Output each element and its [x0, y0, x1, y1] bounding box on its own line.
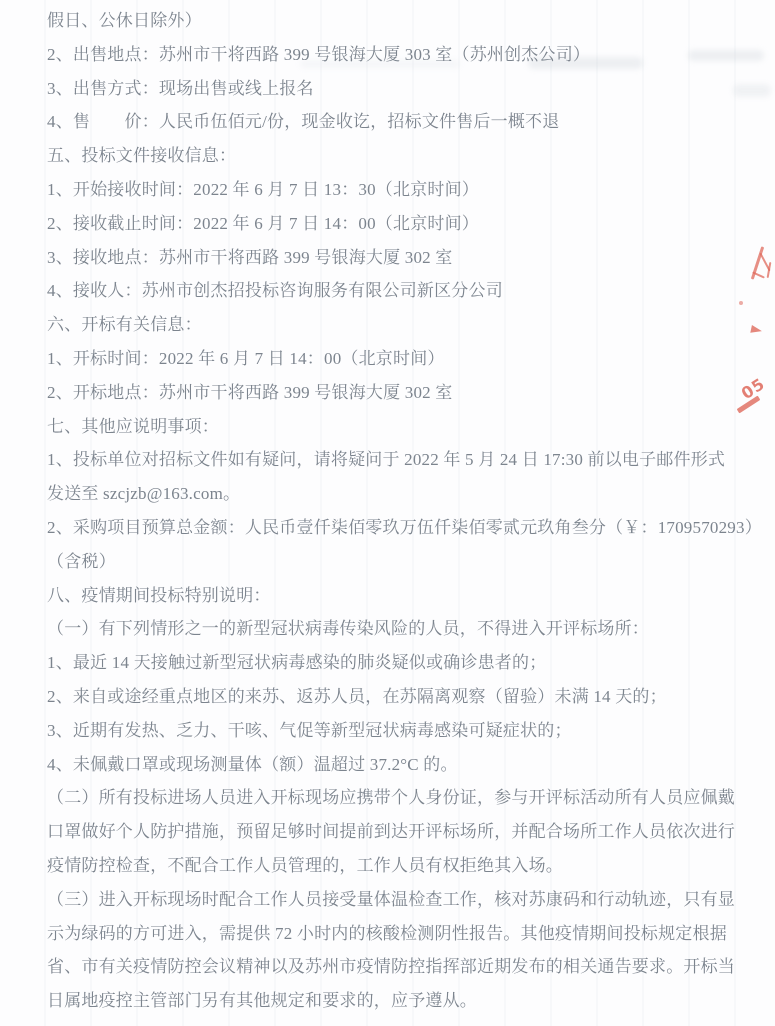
- document-line: 口罩做好个人防护措施，预留足够时间提前到达开评标场所，并配合场所工作人员依次进行: [47, 815, 747, 849]
- document-line: 发送至 szcjzb@163.com。: [47, 477, 747, 511]
- document-line: 1、最近 14 天接触过新型冠状病毒感染的肺炎疑似或确诊患者的；: [47, 646, 747, 680]
- document-line: 七、其他应说明事项：: [47, 410, 747, 444]
- document-line: （含税）: [47, 545, 747, 579]
- document-line: 假日、公休日除外）: [47, 4, 747, 38]
- document-line: 八、疫情期间投标特别说明：: [47, 579, 747, 613]
- document-text: 假日、公休日除外）2、出售地点：苏州市干将西路 399 号银海大厦 303 室（…: [47, 4, 747, 1018]
- seal-dot-icon: [739, 301, 743, 305]
- document-line: 4、售 价：人民币伍佰元/份，现金收讫，招标文件售后一概不退: [47, 105, 747, 139]
- document-line: 1、开始接收时间：2022 年 6 月 7 日 13：30（北京时间）: [47, 173, 747, 207]
- document-line: 疫情防控检查，不配合工作人员管理的，工作人员有权拒绝其入场。: [47, 849, 747, 883]
- document-line: 2、出售地点：苏州市干将西路 399 号银海大厦 303 室（苏州创杰公司）: [47, 38, 747, 72]
- seal-arrow-icon: [750, 325, 762, 335]
- document-line: 3、接收地点：苏州市干将西路 399 号银海大厦 302 室: [47, 241, 747, 275]
- document-line: （一）有下列情形之一的新型冠状病毒传染风险的人员，不得进入开评标场所：: [47, 612, 747, 646]
- document-line: 1、投标单位对招标文件如有疑问，请将疑问于 2022 年 5 月 24 日 17…: [47, 443, 747, 477]
- document-line: 日属地疫控主管部门另有其他规定和要求的，应予遵从。: [47, 984, 747, 1018]
- document-line: 示为绿码的方可进入，需提供 72 小时内的核酸检测阴性报告。其他疫情期间投标规定…: [47, 917, 747, 951]
- document-line: （二）所有投标进场人员进入开标现场应携带个人身份证，参与开评标活动所有人员应佩戴: [47, 781, 747, 815]
- document-line: 五、投标文件接收信息：: [47, 139, 747, 173]
- document-line: 1、开标时间：2022 年 6 月 7 日 14：00（北京时间）: [47, 342, 747, 376]
- document-line: 4、接收人：苏州市创杰招投标咨询服务有限公司新区分公司: [47, 274, 747, 308]
- document-line: 4、未佩戴口罩或现场测量体（额）温超过 37.2°C 的。: [47, 748, 747, 782]
- document-line: 省、市有关疫情防控会议精神以及苏州市疫情防控指挥部近期发布的相关通告要求。开标当: [47, 950, 747, 984]
- scanned-document-page: 假日、公休日除外）2、出售地点：苏州市干将西路 399 号银海大厦 303 室（…: [0, 0, 775, 1026]
- document-line: 3、出售方式：现场出售或线上报名: [47, 72, 747, 106]
- document-line: 3、近期有发热、乏力、干咳、气促等新型冠状病毒感染可疑症状的；: [47, 714, 747, 748]
- document-line: 2、开标地点：苏州市干将西路 399 号银海大厦 302 室: [47, 376, 747, 410]
- document-line: 六、开标有关信息：: [47, 308, 747, 342]
- document-line: 2、来自或途经重点地区的来苏、返苏人员，在苏隔离观察（留验）未满 14 天的；: [47, 680, 747, 714]
- document-line: 2、采购项目预算总金额：人民币壹仟柒佰零玖万伍仟柒佰零贰元玖角叁分（￥：1709…: [47, 511, 747, 545]
- document-line: 2、接收截止时间：2022 年 6 月 7 日 14：00（北京时间）: [47, 207, 747, 241]
- document-line: （三）进入开标现场时配合工作人员接受量体温检查工作，核对苏康码和行动轨迹，只有显: [47, 883, 747, 917]
